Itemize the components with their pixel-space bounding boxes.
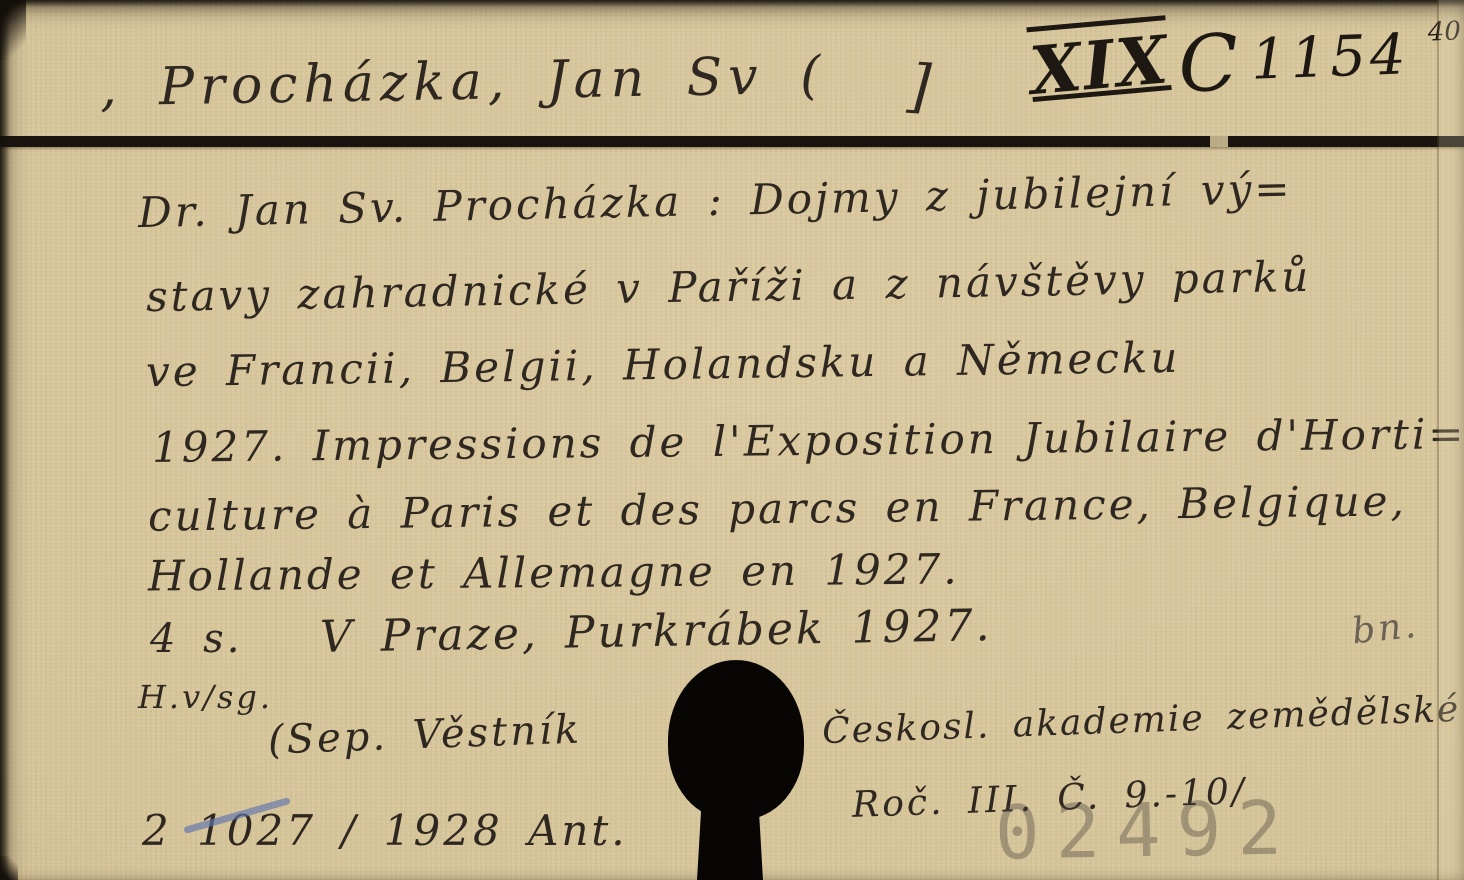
heading-divider-rule — [0, 136, 1464, 147]
call-format-mark: 40 — [1427, 16, 1461, 47]
author-heading: , Procházka, Jan Sv ( — [100, 46, 827, 119]
punch-hole-stem — [697, 790, 763, 880]
body-line: stavy zahradnické v Paříži a z návštěvy … — [146, 252, 1312, 321]
body-line: culture à Paris et des parcs en France, … — [148, 476, 1407, 540]
scan-edge-shadow — [0, 0, 26, 60]
accession-stamp: 02492 — [994, 785, 1298, 876]
scan-edge-shadow — [0, 0, 1464, 7]
call-series: C — [1177, 18, 1240, 110]
body-line: Dr. Jan Sv. Procházka : Dojmy z jubilejn… — [138, 164, 1293, 237]
margin-note: H.v/sg. — [138, 678, 273, 716]
body-line: Hollande et Allemagne en 1927. — [148, 544, 960, 600]
scan-edge-shadow — [0, 0, 10, 880]
call-number-value: 1154 — [1250, 22, 1411, 92]
call-classmark: XIX — [1027, 20, 1173, 110]
scan-edge-shadow — [0, 856, 18, 880]
body-line: ve Francii, Belgii, Holandsku a Německu — [146, 333, 1181, 396]
pencil-note: bn. — [1350, 605, 1421, 653]
catalog-card: , Procházka, Jan Sv ( ] XIX C 1154 40 Dr… — [0, 0, 1464, 880]
accession-note: 2 1027 / 1928 Ant. — [142, 806, 628, 855]
body-line: 1927. Impressions de l'Exposition Jubila… — [152, 409, 1464, 472]
imprint-note: V Praze, Purkrábek 1927. — [320, 600, 993, 663]
separatum-note-left: (Sep. Věstník — [267, 707, 582, 764]
heading-bracket: ] — [906, 51, 936, 121]
separatum-note-right: Českosl. akademie zemědělské — [821, 689, 1460, 752]
pages-note: 4 s. — [150, 616, 242, 662]
call-number: XIX C 1154 40 — [1029, 10, 1464, 115]
